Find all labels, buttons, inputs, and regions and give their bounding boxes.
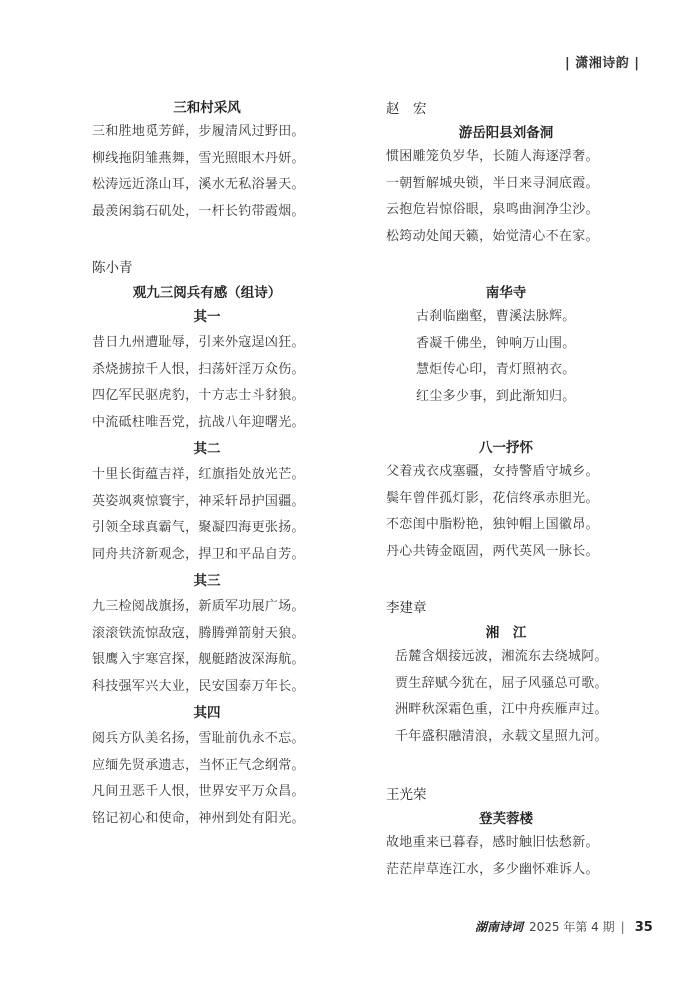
- author-name: 王光荣: [386, 783, 427, 807]
- poem-yuebing: 观九三阅兵有感（组诗） 其一 昔日九州遭耻辱，引来外寇逞凶狂。 杀烧掳掠千人恨，…: [92, 282, 322, 832]
- poem-subtitle: 其二: [92, 436, 322, 462]
- poem-subtitle: 其三: [92, 568, 322, 594]
- poem-title: 登芙蓉楼: [386, 808, 626, 830]
- issue-label: 2025 年第 4 期: [529, 920, 615, 934]
- poem-title: 八一抒怀: [386, 437, 626, 459]
- poem-line: 松筠动处闻天籁，始觉清心不在家。: [386, 224, 626, 251]
- section-tag: | 潇湘诗韵 |: [565, 52, 640, 71]
- poem-line: 云抱危岩惊俗眼，泉鸣曲涧净尘沙。: [386, 197, 626, 224]
- poem-bayi: 八一抒怀 父着戎衣戍塞疆，女持警盾守城乡。 鬓年曾伴孤灯影，花信终承赤胆光。 不…: [386, 437, 626, 565]
- poem-line: 丹心共铸金瓯固，两代英风一脉长。: [386, 539, 626, 566]
- poem-line: 茫茫岸草连江水，多少幽怀难诉人。: [386, 857, 626, 884]
- poem-line: 阅兵方队美名扬，雪耻前仇永不忘。: [92, 726, 322, 753]
- poem-line: 父着戎衣戍塞疆，女持警盾守城乡。: [386, 459, 626, 486]
- poem-line: 最羡闲翁石矶处，一杆长钓带霞烟。: [92, 199, 322, 226]
- poem-line: 岳麓含烟接远波，湘流东去绕城阿。: [395, 644, 626, 671]
- poem-line: 一朝暂解城央锁，半日来寻洞底霞。: [386, 171, 626, 198]
- poem-subtitle: 其四: [92, 700, 322, 726]
- author-name: 赵 宏: [386, 97, 427, 121]
- poem-line: 十里长街蕴吉祥，红旗指处放光芒。: [92, 462, 322, 489]
- poem-line: 银鹰入宇寒宫探，舰艇踏波深海航。: [92, 647, 322, 674]
- poem-title: 游岳阳县刘备洞: [386, 122, 626, 144]
- poem-line: 凡间丑恶千人恨，世界安平万众昌。: [92, 779, 322, 806]
- poem-line: 昔日九州遭耻辱，引来外寇逞凶狂。: [92, 330, 322, 357]
- poem-line: 同舟共济新观念，捍卫和平品自芳。: [92, 542, 322, 569]
- poem-line: 惯困雕笼负岁华，长随人海逐浮奢。: [386, 144, 626, 171]
- poem-line: 中流砥柱唯吾党，抗战八年迎曙光。: [92, 410, 322, 437]
- poem-line: 英姿飒爽惊寰宇，神采轩昂护国疆。: [92, 489, 322, 516]
- poem-line: 铭记初心和使命，神州到处有阳光。: [92, 806, 322, 833]
- poem-title: 观九三阅兵有感（组诗）: [92, 282, 322, 304]
- poem-line: 应缅先贤承遗志，当怀正气念纲常。: [92, 753, 322, 780]
- page-number: 35: [635, 920, 653, 935]
- poem-title: 南华寺: [386, 282, 626, 304]
- poem-line: 九三检阅战旗扬，新质军功展广场。: [92, 594, 322, 621]
- poem-line: 慧炬传心印，青灯照衲衣。: [416, 357, 626, 384]
- poem-title: 三和村采风: [92, 97, 322, 119]
- poem-line: 贾生辞赋今犹在，屈子风骚总可歌。: [395, 671, 626, 698]
- poem-subtitle: 其一: [92, 304, 322, 330]
- poem-line: 故地重来已暮春，感时触旧怯愁新。: [386, 830, 626, 857]
- poem-nanhuasi: 南华寺 古刹临幽壑，曹溪法脉辉。 香凝千佛坐，钟响万山围。 慧炬传心印，青灯照衲…: [386, 282, 626, 410]
- poem-line: 四亿军民驱虎豹，十方志士斗豺狼。: [92, 383, 322, 410]
- poem-line: 柳线拖阴雏燕舞，雪光照眼木丹妍。: [92, 146, 322, 173]
- poem-liubeidong: 游岳阳县刘备洞 惯困雕笼负岁华，长随人海逐浮奢。 一朝暂解城央锁，半日来寻洞底霞…: [386, 122, 626, 250]
- poem-line: 三和胜地觅芳鲜，步履清风过野田。: [92, 119, 322, 146]
- poem-line: 古刹临幽壑，曹溪法脉辉。: [416, 304, 626, 331]
- poem-line: 洲畔秋深霜色重，江中舟疾雁声过。: [395, 697, 626, 724]
- poem-line: 不恋闺中脂粉艳，独钟帽上国徽昂。: [386, 512, 626, 539]
- poem-line: 香凝千佛坐，钟响万山围。: [416, 331, 626, 358]
- poem-line: 千年盛积融清浪，永载文星照九河。: [395, 724, 626, 751]
- poem-line: 滚滚铁流惊敌寇，腾腾弹箭射天狼。: [92, 621, 322, 648]
- poem-sanhecun: 三和村采风 三和胜地觅芳鲜，步履清风过野田。 柳线拖阴雏燕舞，雪光照眼木丹妍。 …: [92, 97, 322, 225]
- author-name: 李建章: [386, 596, 427, 620]
- poem-line: 红尘多少事，到此渐知归。: [416, 384, 626, 411]
- poem-line: 杀烧掳掠千人恨，扫荡奸淫万众伤。: [92, 357, 322, 384]
- poem-furonglou: 登芙蓉楼 故地重来已暮春，感时触旧怯愁新。 茫茫岸草连江水，多少幽怀难诉人。: [386, 808, 626, 883]
- magazine-logo: 湖南诗词: [475, 920, 523, 934]
- poem-line: 鬓年曾伴孤灯影，花信终承赤胆光。: [386, 486, 626, 513]
- poem-xiangjiang: 湘 江 岳麓含烟接远波，湘流东去绕城阿。 贾生辞赋今犹在，屈子风骚总可歌。 洲畔…: [386, 622, 626, 750]
- author-name: 陈小青: [92, 256, 133, 280]
- footer-divider: |: [621, 920, 625, 934]
- poem-line: 引领全球真霸气，聚凝四海更张扬。: [92, 515, 322, 542]
- poem-line: 科技强军兴大业，民安国泰万年长。: [92, 674, 322, 701]
- poem-title: 湘 江: [386, 622, 626, 644]
- page-footer: 湖南诗词2025 年第 4 期|35: [475, 918, 653, 935]
- poem-line: 松涛远近涤山耳，溪水无私浴暑天。: [92, 172, 322, 199]
